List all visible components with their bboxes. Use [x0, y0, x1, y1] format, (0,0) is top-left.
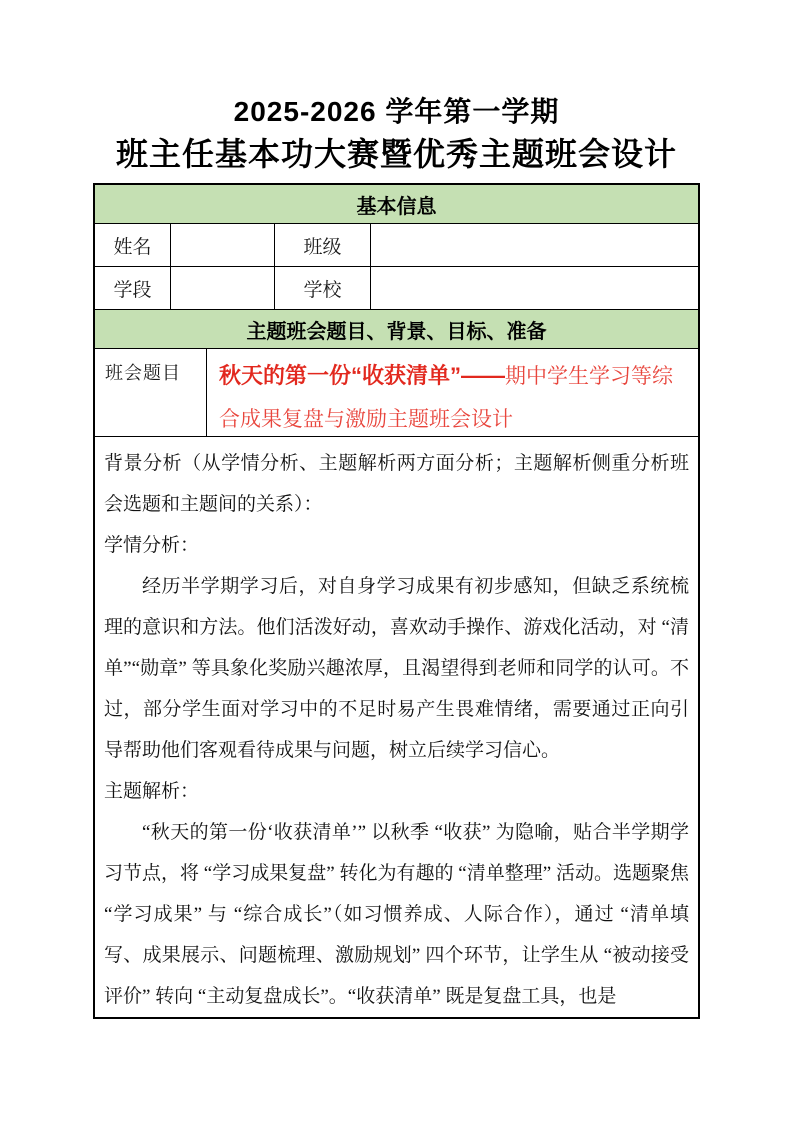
form-table: 基本信息 姓名 班级 学段 学校 主题班会题目、背景、目标、准备 班会题目 秋天…: [93, 183, 700, 1019]
background-analysis-row: 背景分析（从学情分析、主题解析两方面分析；主题解析侧重分析班会选题和主题间的关系…: [95, 437, 698, 1017]
class-value-cell[interactable]: [371, 224, 698, 266]
document-title: 2025-2026 学年第一学期 班主任基本功大赛暨优秀主题班会设计: [0, 92, 793, 176]
section-header-topic-background: 主题班会题目、背景、目标、准备: [95, 310, 698, 349]
stage-label: 学段: [95, 267, 171, 309]
student-analysis-body: 经历半学期学习后，对自身学习成果有初步感知，但缺乏系统梳理的意识和方法。他们活泼…: [104, 566, 689, 771]
topic-title: 秋天的第一份“收获清单”——期中学生学习等综合成果复盘与激励主题班会设计: [207, 349, 698, 436]
topic-row: 班会题目 秋天的第一份“收获清单”——期中学生学习等综合成果复盘与激励主题班会设…: [95, 349, 698, 437]
info-row-name-class: 姓名 班级: [95, 224, 698, 267]
student-analysis-heading: 学情分析：: [104, 525, 689, 566]
title-line-1: 2025-2026 学年第一学期: [0, 92, 793, 132]
name-label: 姓名: [95, 224, 171, 266]
theme-analysis-heading: 主题解析：: [104, 771, 689, 812]
theme-analysis-body: “秋天的第一份‘收获清单’” 以秋季 “收获” 为隐喻，贴合半学期学习节点，将 …: [104, 812, 689, 1017]
topic-title-bold-part: 秋天的第一份“收获清单”——: [219, 363, 505, 388]
topic-label: 班会题目: [95, 349, 207, 436]
class-label: 班级: [275, 224, 371, 266]
document-page: 2025-2026 学年第一学期 班主任基本功大赛暨优秀主题班会设计 基本信息 …: [0, 0, 793, 1122]
title-line-2: 班主任基本功大赛暨优秀主题班会设计: [0, 132, 793, 176]
background-analysis-cell: 背景分析（从学情分析、主题解析两方面分析；主题解析侧重分析班会选题和主题间的关系…: [95, 437, 698, 1017]
info-row-stage-school: 学段 学校: [95, 267, 698, 310]
topic-background-header-label: 主题班会题目、背景、目标、准备: [95, 315, 698, 344]
background-analysis-intro: 背景分析（从学情分析、主题解析两方面分析；主题解析侧重分析班会选题和主题间的关系…: [104, 443, 689, 525]
school-value-cell[interactable]: [371, 267, 698, 309]
basic-info-header-label: 基本信息: [95, 190, 698, 219]
stage-value-cell[interactable]: [171, 267, 275, 309]
school-label: 学校: [275, 267, 371, 309]
name-value-cell[interactable]: [171, 224, 275, 266]
section-header-basic-info: 基本信息: [95, 185, 698, 224]
